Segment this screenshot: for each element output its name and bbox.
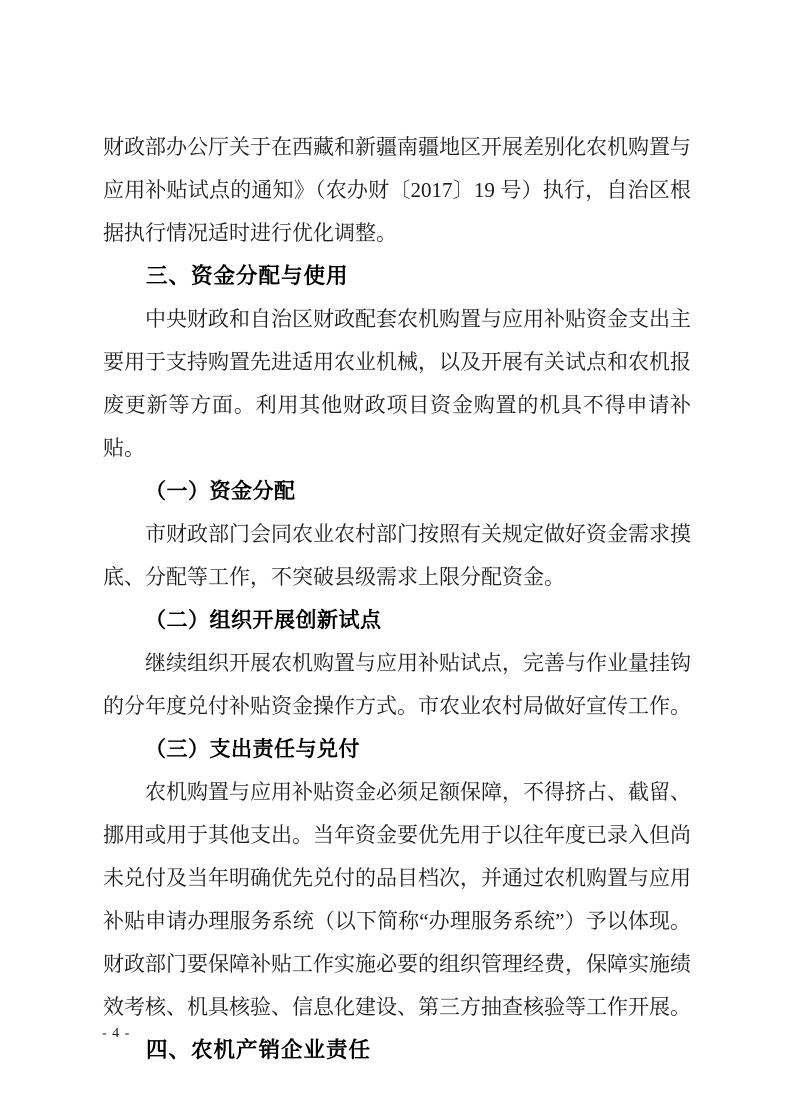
page-number: - 4 - — [102, 1025, 130, 1043]
subsection-heading-fund-allocation: （一）资金分配 — [103, 470, 691, 513]
section-heading-enterprise-responsibility: 四、农机产销企业责任 — [103, 1029, 691, 1072]
subsection-heading-innovation-pilot: （二）组织开展创新试点 — [103, 599, 691, 642]
paragraph-funds-overview: 中央财政和自治区财政配套农机购置与应用补贴资金支出主要用于支持购置先进适用农业机… — [103, 298, 691, 470]
subsection-heading-expenditure-responsibility: （三）支出责任与兑付 — [103, 728, 691, 771]
paragraph-continuation: 财政部办公厅关于在西藏和新疆南疆地区开展差别化农机购置与应用补贴试点的通知》（农… — [103, 126, 691, 255]
section-heading-funds-allocation-and-use: 三、资金分配与使用 — [103, 255, 691, 298]
paragraph-fund-allocation: 市财政部门会同农业农村部门按照有关规定做好资金需求摸底、分配等工作，不突破县级需… — [103, 513, 691, 599]
document-content: 财政部办公厅关于在西藏和新疆南疆地区开展差别化农机购置与应用补贴试点的通知》（农… — [103, 126, 691, 1072]
paragraph-expenditure-responsibility: 农机购置与应用补贴资金必须足额保障，不得挤占、截留、挪用或用于其他支出。当年资金… — [103, 771, 691, 1029]
paragraph-innovation-pilot: 继续组织开展农机购置与应用补贴试点，完善与作业量挂钩的分年度兑付补贴资金操作方式… — [103, 642, 691, 728]
document-page: 财政部办公厅关于在西藏和新疆南疆地区开展差别化农机购置与应用补贴试点的通知》（农… — [0, 0, 790, 1118]
